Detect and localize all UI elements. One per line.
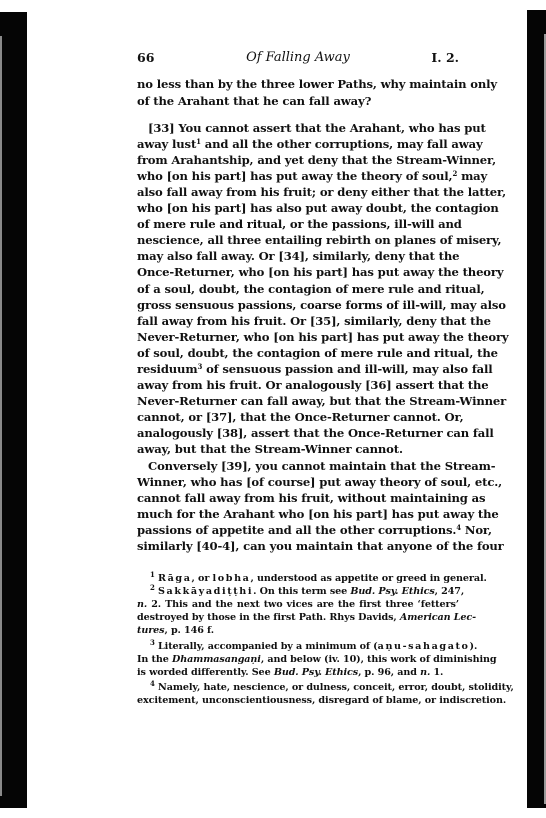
text-line: also fall away from his fruit; or deny e… — [137, 184, 459, 200]
section-number: I. 2. — [431, 50, 459, 65]
text-line: residuum3 of sensuous passion and ill-wi… — [137, 361, 459, 377]
footnote-2-cont: destroyed by those in the first Path. Rh… — [137, 611, 459, 624]
running-title: Of Falling Away — [137, 50, 459, 65]
text-line: analogously [38], assert that the Once-R… — [137, 425, 459, 441]
text-line: from Arahantship, and yet deny that the … — [137, 152, 459, 168]
text-line: Conversely [39], you cannot maintain tha… — [148, 458, 459, 474]
text-line: cannot fall away from his fruit, without… — [137, 490, 459, 506]
footnote-ref-4[interactable]: 4 — [456, 523, 461, 532]
text-line: away lust1 and all the other corruptions… — [137, 136, 459, 152]
footnote-ref-1[interactable]: 1 — [196, 137, 201, 146]
text-line: who [on his part] has also put away doub… — [137, 200, 459, 216]
footnote-2-cont: n. 2. This and the next two vices are th… — [137, 598, 459, 611]
text-line: Never-Returner, who [on his part] has pu… — [137, 329, 459, 345]
text-line: of mere rule and ritual, or the passions… — [137, 216, 459, 232]
text-line: of a soul, doubt, the contagion of mere … — [137, 281, 459, 297]
text-line: much for the Arahant who [on his part] h… — [137, 506, 459, 522]
scan-edge-left-shadow — [0, 36, 2, 796]
text-line: similarly [40-4], can you maintain that … — [137, 538, 459, 554]
text-line: gross sensuous passions, coarse forms of… — [137, 297, 459, 313]
text-line: may also fall away. Or [34], similarly, … — [137, 248, 459, 264]
text-line: nescience, all three entailing rebirth o… — [137, 232, 459, 248]
footnote-ref-3[interactable]: 3 — [197, 362, 202, 371]
footnote-2-cont: tures, p. 146 f. — [137, 624, 459, 637]
text-line: [33] You cannot assert that the Arahant,… — [148, 120, 459, 136]
text-line: away from his fruit. Or analogously [36]… — [137, 377, 459, 393]
text-line: Once-Returner, who [on his part] has put… — [137, 264, 459, 280]
text-line: cannot, or [37], that the Once-Returner … — [137, 409, 459, 425]
text-line: away, but that the Stream-Winner cannot. — [137, 441, 459, 457]
running-header: 66 Of Falling Away I. 2. — [137, 50, 459, 66]
footnote-3: 3 Literally, accompanied by a minimum of… — [150, 640, 459, 653]
text-line: Never-Returner can fall away, but that t… — [137, 393, 459, 409]
footnote-4: 4 Namely, hate, nescience, or dulness, c… — [150, 681, 459, 694]
footnote-3-cont: is worded differently. See Bud. Psy. Eth… — [137, 666, 459, 679]
text-line: of soul, doubt, the contagion of mere ru… — [137, 345, 459, 361]
text-line: Winner, who has [of course] put away the… — [137, 474, 459, 490]
scan-edge-left — [0, 12, 27, 808]
footnote-1: 1 Rāga, or lobha, understood as appetite… — [150, 572, 459, 585]
footnote-3-cont: In the Dhammasangaṇi, and below (iv. 10)… — [137, 653, 459, 666]
footnote-4-cont: excitement, unconscientiousness, disrega… — [137, 694, 459, 707]
text-line: who [on his part] has put away the theor… — [137, 168, 459, 184]
footnote-2: 2 Sakkāyadiṭṭhi. On this term see Bud. P… — [150, 585, 459, 598]
text-line: fall away from his fruit. Or [35], simil… — [137, 313, 459, 329]
text-line: no less than by the three lower Paths, w… — [137, 76, 459, 92]
footnote-ref-2[interactable]: 2 — [452, 169, 457, 178]
text-line: of the Arahant that he can fall away? — [137, 93, 459, 109]
text-line: passions of appetite and all the other c… — [137, 522, 459, 538]
